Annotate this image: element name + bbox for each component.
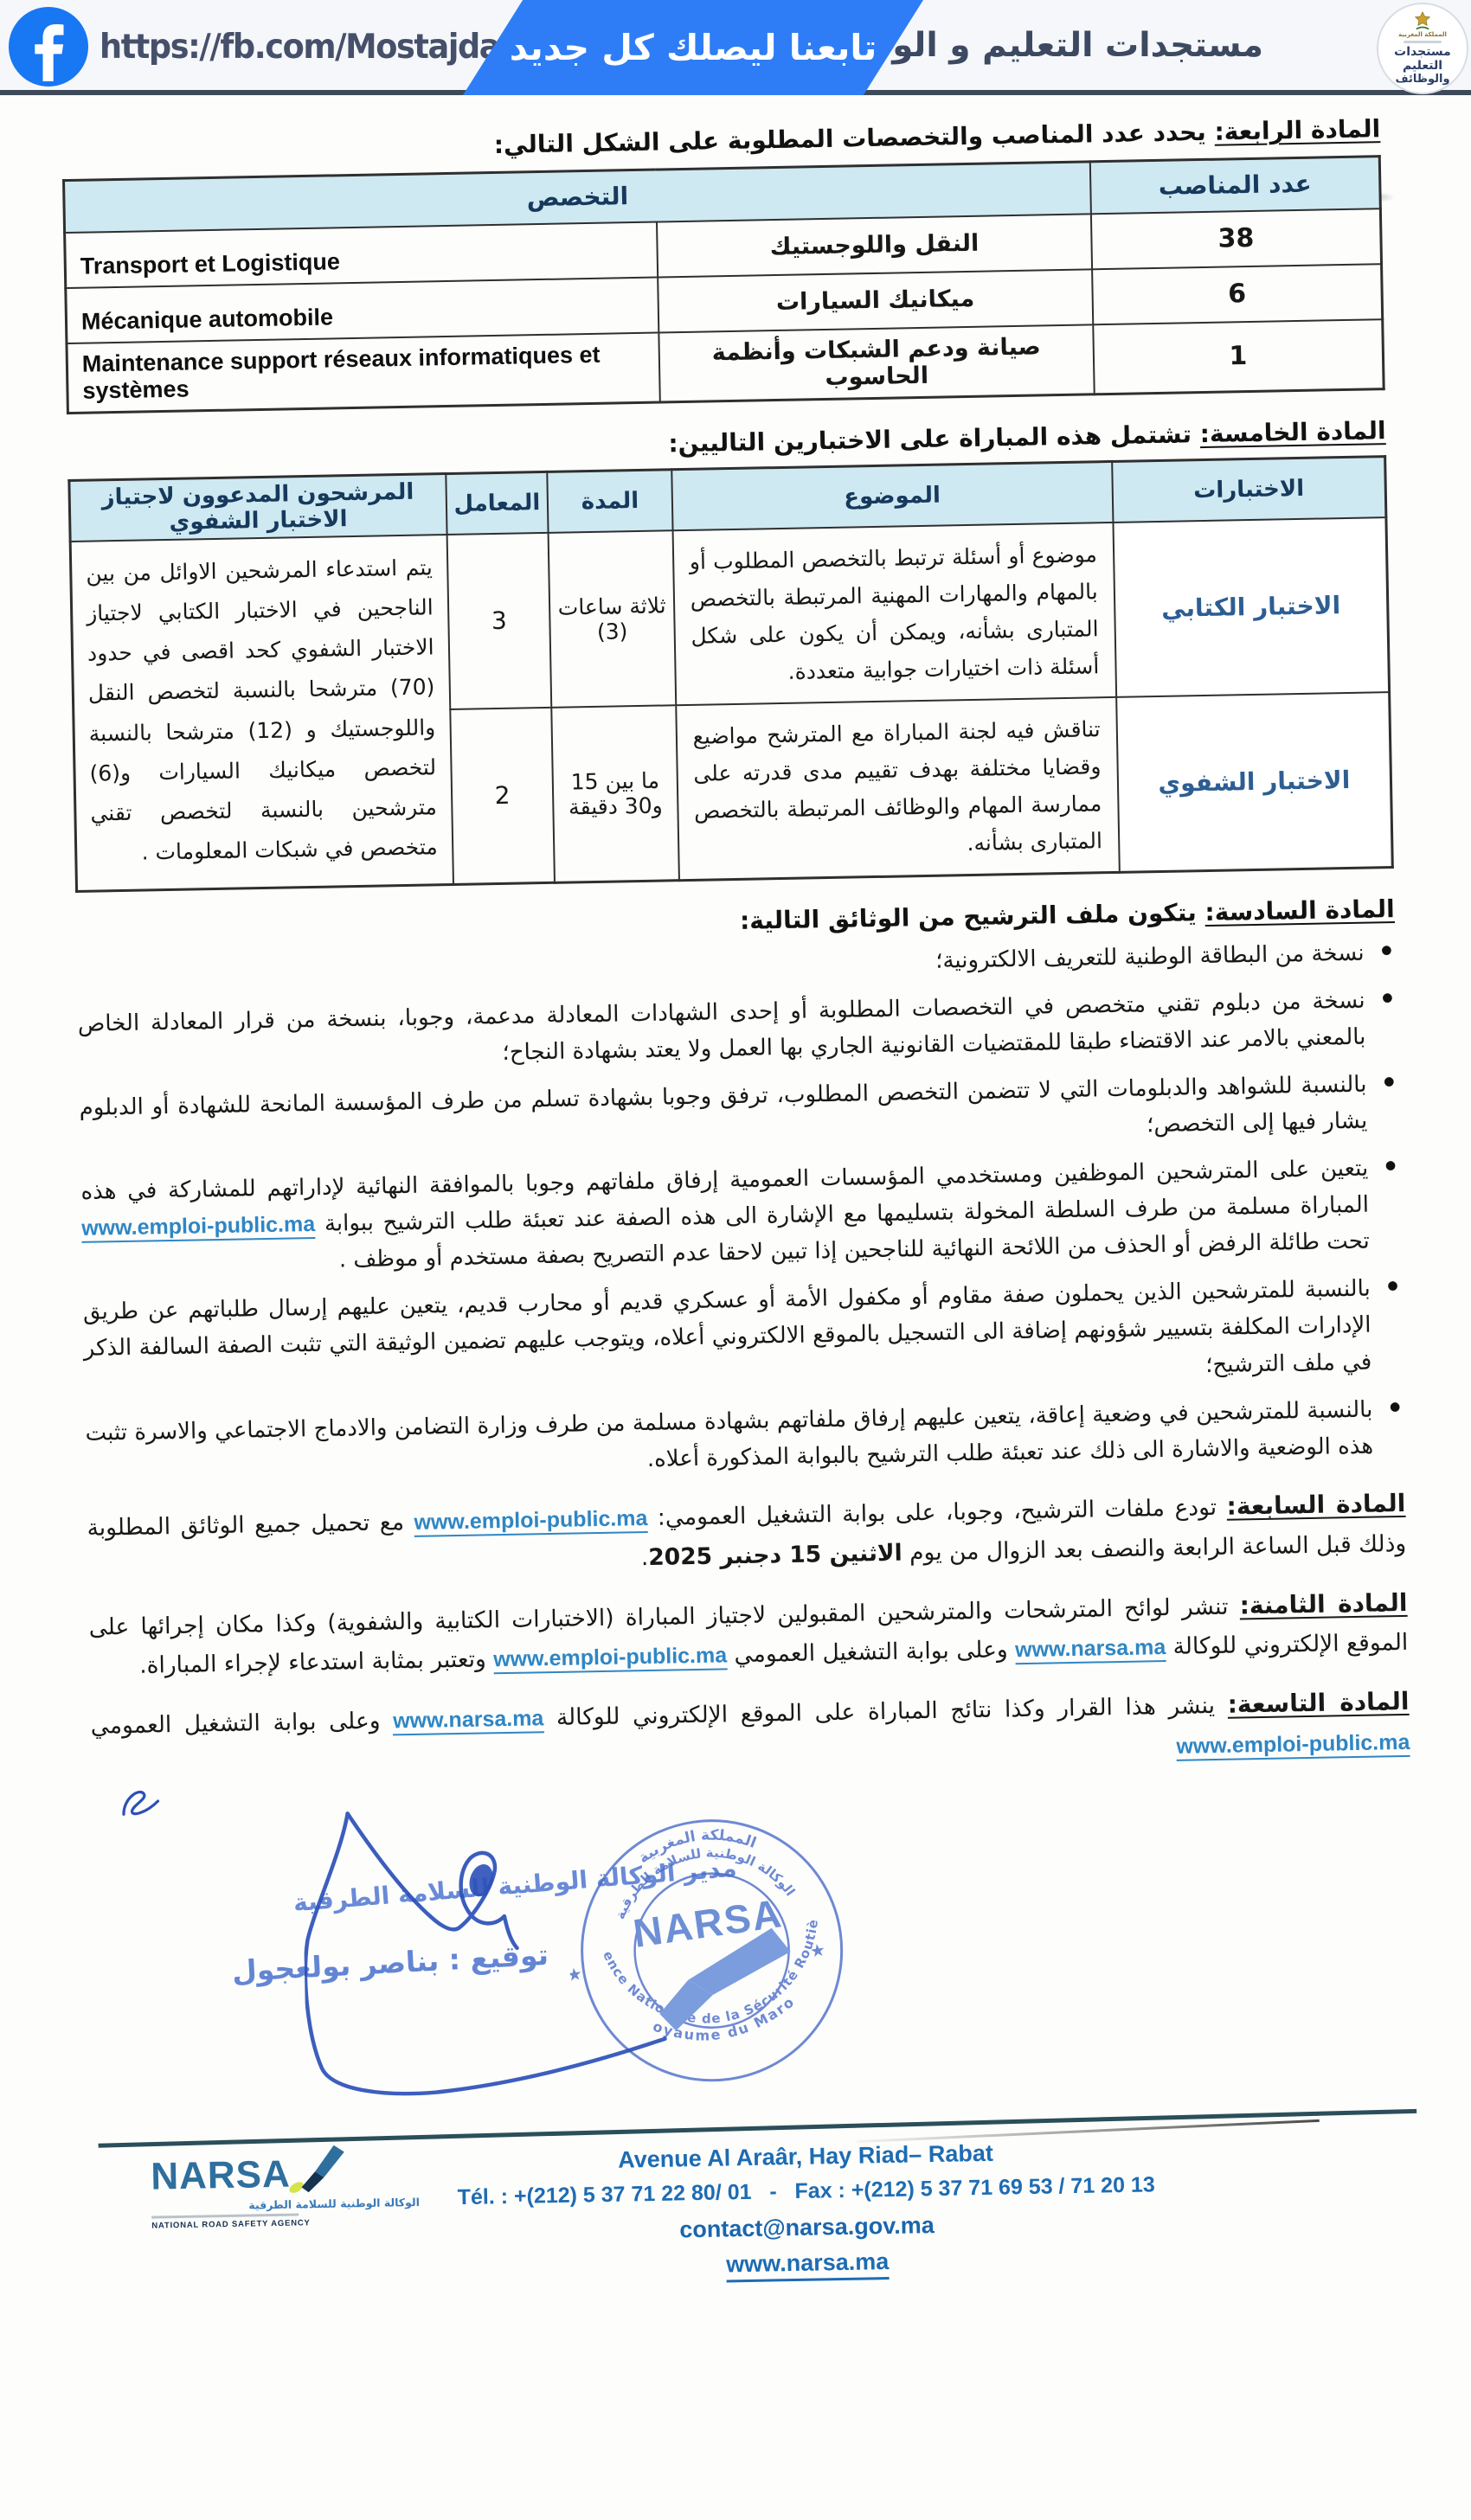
list-item: بالنسبة للشواهد والدبلومات التي لا تتضمن… [79, 1066, 1398, 1163]
list-item: نسخة من دبلوم تقني متخصص في التخصصات الم… [77, 982, 1397, 1079]
paragraph-text: وتعتبر بمثابة استدعاء لإجراء المباراة. [139, 1645, 494, 1678]
social-banner: https://fb.com/MostajdatMaroc تابعنا ليص… [0, 0, 1471, 95]
exams-table: الاختبارات الموضوع المدة المعامل المرشحو… [67, 455, 1394, 893]
article-nine-label: المادة التاسعة: [1227, 1687, 1409, 1719]
emploi-public-link[interactable]: www.emploi-public.ma [493, 1643, 727, 1674]
exams-header-tests: الاختبارات [1112, 456, 1386, 522]
emploi-public-link[interactable]: www.emploi-public.ma [414, 1506, 647, 1537]
moroccan-emblem-icon [1411, 10, 1434, 31]
specialty-fr-cell: Maintenance support réseaux informatique… [67, 332, 660, 413]
written-exam-row: الاختبار الكتابي موضوع أو أسئلة ترتبط با… [70, 517, 1389, 716]
logo-divider [1404, 41, 1442, 43]
count-cell: 1 [1093, 319, 1384, 394]
article-four-label: المادة الرابعة: [1214, 114, 1380, 146]
signature-ink-blot [466, 1861, 497, 1899]
article-five-text: تشتمل هذه المباراة على الاختبارين التالي… [668, 420, 1192, 458]
emploi-public-link[interactable]: www.emploi-public.ma [1176, 1730, 1410, 1761]
oral-exam-subject: تناقش فيه لجنة المباراة مع المترشح مواضي… [676, 696, 1120, 880]
signature-area: مدير الوكالة الوطنية للسلامة الطرقية توق… [93, 1798, 1416, 2133]
documents-list: نسخة من البطاقة الوطنية للتعريف الالكترو… [76, 934, 1404, 1488]
specialty-ar-cell: صيانة ودعم الشبكات وأنظمة الحاسوب [658, 324, 1094, 402]
pen-scribble-icon [113, 1781, 166, 1824]
paragraph-text: تودع ملفات الترشيح، وجوبا، على بوابة الت… [647, 1494, 1217, 1531]
bullet-text: نسخة من البطاقة الوطنية للتعريف الالكترو… [935, 939, 1365, 973]
seal-star-icon: ★ [808, 1939, 826, 1961]
follow-ribbon-text: تابعنا ليصلك كل جديد [510, 27, 877, 68]
logo-title-line1: مستجدات التعليم [1378, 45, 1467, 73]
handwritten-signature [302, 1801, 761, 2108]
logo-title-line2: والوظائف [1395, 73, 1449, 87]
list-item: بالنسبة للمترشحين في وضعية إعاقة، يتعين … [85, 1391, 1404, 1488]
paragraph-text: ينشر هذا القرار وكذا نتائج المباراة على … [543, 1692, 1215, 1731]
narsa-link[interactable]: www.narsa.ma [1015, 1635, 1166, 1664]
footer-spacer [1192, 2132, 1391, 2136]
footer-phone-fax: Tél. : +(212) 5 37 71 22 80/ 01 - Fax : … [420, 2171, 1193, 2210]
list-item: يتعين على المترشحين الموظفين ومستخدمي ال… [80, 1150, 1401, 1283]
paragraph-text: وعلى بوابة التشغيل العمومي [727, 1636, 1016, 1668]
bullet-text: بالنسبة للشواهد والدبلومات التي لا تتضمن… [79, 1071, 1367, 1138]
article-eight-paragraph: المادة الثامنة: تنشر لوائح المترشحات وال… [88, 1581, 1408, 1686]
site-logo: المملكة المغربية مستجدات التعليم والوظائ… [1377, 3, 1468, 94]
oral-exam-duration: ما بين 15 و30 دقيقة [552, 705, 679, 882]
narsa-logo: NARSA الوكالة الوطنية للسلامة الطرقية NA… [151, 2151, 421, 2231]
oral-exam-coefficient: 2 [450, 707, 556, 884]
positions-count-header: عدد المناصب [1090, 157, 1381, 214]
narsa-check-icon [280, 2138, 356, 2200]
positions-table: عدد المناصب التخصص 38 النقل واللوجستيك T… [62, 155, 1385, 414]
article-seven-label: المادة السابعة: [1226, 1489, 1405, 1521]
footer-address: Avenue Al Araâr, Hay Riad– Rabat [419, 2136, 1192, 2177]
bullet-text: بالنسبة للمترشحين في وضعية إعاقة، يتعين … [85, 1396, 1373, 1472]
exams-header-subject: الموضوع [671, 461, 1113, 530]
article-seven-paragraph: المادة السابعة: تودع ملفات الترشيح، وجوب… [87, 1483, 1406, 1587]
written-exam-name: الاختبار الكتابي [1113, 517, 1389, 697]
exams-header-coefficient: المعامل [446, 471, 549, 535]
narsa-link[interactable]: www.narsa.ma [393, 1706, 544, 1735]
exams-header-invited: المرشحون المدعوون لاجتياز الاختبار الشفو… [69, 473, 446, 541]
written-exam-coefficient: 3 [446, 532, 552, 709]
bullet-text: نسخة من دبلوم تقني متخصص في التخصصات الم… [78, 987, 1366, 1065]
facebook-icon [9, 7, 88, 87]
footer-contact-block: Avenue Al Araâr, Hay Riad– Rabat Tél. : … [419, 2136, 1195, 2287]
written-exam-subject: موضوع أو أسئلة ترتبط بالتخصص المطلوب أو … [672, 522, 1116, 704]
footer-fax: Fax : +(212) 5 37 71 69 53 / 71 20 13 [794, 2172, 1155, 2203]
specialty-ar-cell: ميكانيك السيارات [658, 269, 1093, 332]
invited-candidates-cell: يتم استدعاء المرشحين الاوائل من بين النا… [70, 535, 453, 891]
list-item: بالنسبة للمترشحين الذين يحملون صفة مقاوم… [83, 1270, 1404, 1403]
count-cell: 6 [1092, 264, 1383, 324]
narsa-logo-text: NARSA [151, 2153, 291, 2199]
logo-kingdom-text: المملكة المغربية [1398, 31, 1447, 38]
scanned-announcement-page: https://fb.com/MostajdatMaroc تابعنا ليص… [0, 0, 1471, 2520]
oral-exam-name: الاختبار الشفوي [1116, 692, 1392, 872]
bullet-text: بالنسبة للمترشحين الذين يحملون صفة مقاوم… [83, 1276, 1372, 1378]
footer-phone: Tél. : +(212) 5 37 71 22 80/ 01 [457, 2180, 751, 2209]
document-body: المادة الرابعة: يحدد عدد المناصب والتخصص… [0, 87, 1471, 2296]
bullet-text: تحت طائلة الرفض أو الحذف من اللائحة النه… [339, 1228, 1370, 1273]
article-five-label: المادة الخامسة: [1199, 416, 1385, 448]
article-four-text: يحدد عدد المناصب والتخصصات المطلوبة على … [493, 118, 1206, 159]
narsa-logo-tagline [151, 2213, 299, 2218]
deadline-date: الاثنين 15 دجنبر 2025 [648, 1539, 903, 1570]
written-exam-duration: ثلاثة ساعات (3) [549, 530, 676, 708]
article-six-text: يتكون ملف الترشيح من الوثائق التالية: [740, 898, 1197, 935]
narsa-logo-english: NATIONAL ROAD SAFETY AGENCY [151, 2216, 420, 2231]
count-cell: 38 [1091, 208, 1382, 269]
footer-separator: - [769, 2179, 777, 2203]
emploi-public-link[interactable]: www.emploi-public.ma [81, 1212, 315, 1243]
exams-header-duration: المدة [548, 469, 673, 532]
footer: NARSA الوكالة الوطنية للسلامة الطرقية NA… [99, 2119, 1420, 2294]
footer-website-link[interactable]: www.narsa.ma [726, 2248, 890, 2282]
paragraph-text: وعلى بوابة التشغيل العمومي [90, 1708, 393, 1740]
article-eight-label: المادة الثامنة: [1239, 1587, 1407, 1619]
article-six-label: المادة السادسة: [1204, 895, 1395, 927]
follow-ribbon: تابعنا ليصلك كل جديد [463, 0, 923, 95]
specialty-ar-cell: النقل واللوجستيك [657, 214, 1092, 277]
